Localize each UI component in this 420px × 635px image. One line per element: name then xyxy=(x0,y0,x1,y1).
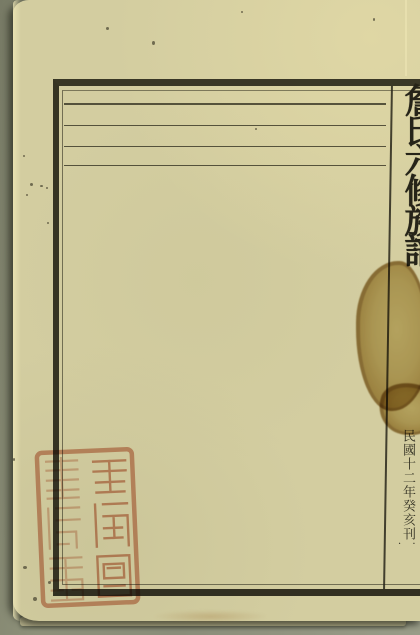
imprint-date: 民國十二年癸亥刊 xyxy=(396,429,414,547)
ruled-line xyxy=(64,146,386,148)
edge-smudge xyxy=(153,610,268,623)
foxing-speck xyxy=(33,597,37,601)
foxing-speck xyxy=(26,194,28,196)
foxing-speck xyxy=(40,185,43,187)
red-collection-seal xyxy=(33,445,143,610)
paper-crease xyxy=(405,0,407,76)
foxing-speck xyxy=(255,128,257,130)
seal-graphic xyxy=(33,445,143,610)
foxing-speck xyxy=(23,155,25,157)
foxing-speck xyxy=(46,187,48,189)
foxing-speck xyxy=(241,11,243,13)
foxing-speck xyxy=(13,458,15,461)
foxing-speck xyxy=(47,222,49,224)
ruled-line xyxy=(64,165,386,167)
imprint-marks: · · xyxy=(398,539,420,550)
foxing-speck xyxy=(48,581,51,584)
ruled-line xyxy=(64,125,386,127)
ruled-line xyxy=(64,103,386,105)
book-cover-photo: 詹氏六修族譜 民國十二年癸亥刊 · · xyxy=(0,0,420,635)
foxing-speck xyxy=(23,566,27,569)
cover-page: 詹氏六修族譜 民國十二年癸亥刊 · · xyxy=(13,0,420,621)
cover-title: 詹氏六修族譜 xyxy=(393,83,420,275)
foxing-speck xyxy=(373,18,375,21)
foxing-speck xyxy=(152,41,155,45)
foxing-speck xyxy=(106,27,109,30)
foxing-speck xyxy=(30,183,33,186)
